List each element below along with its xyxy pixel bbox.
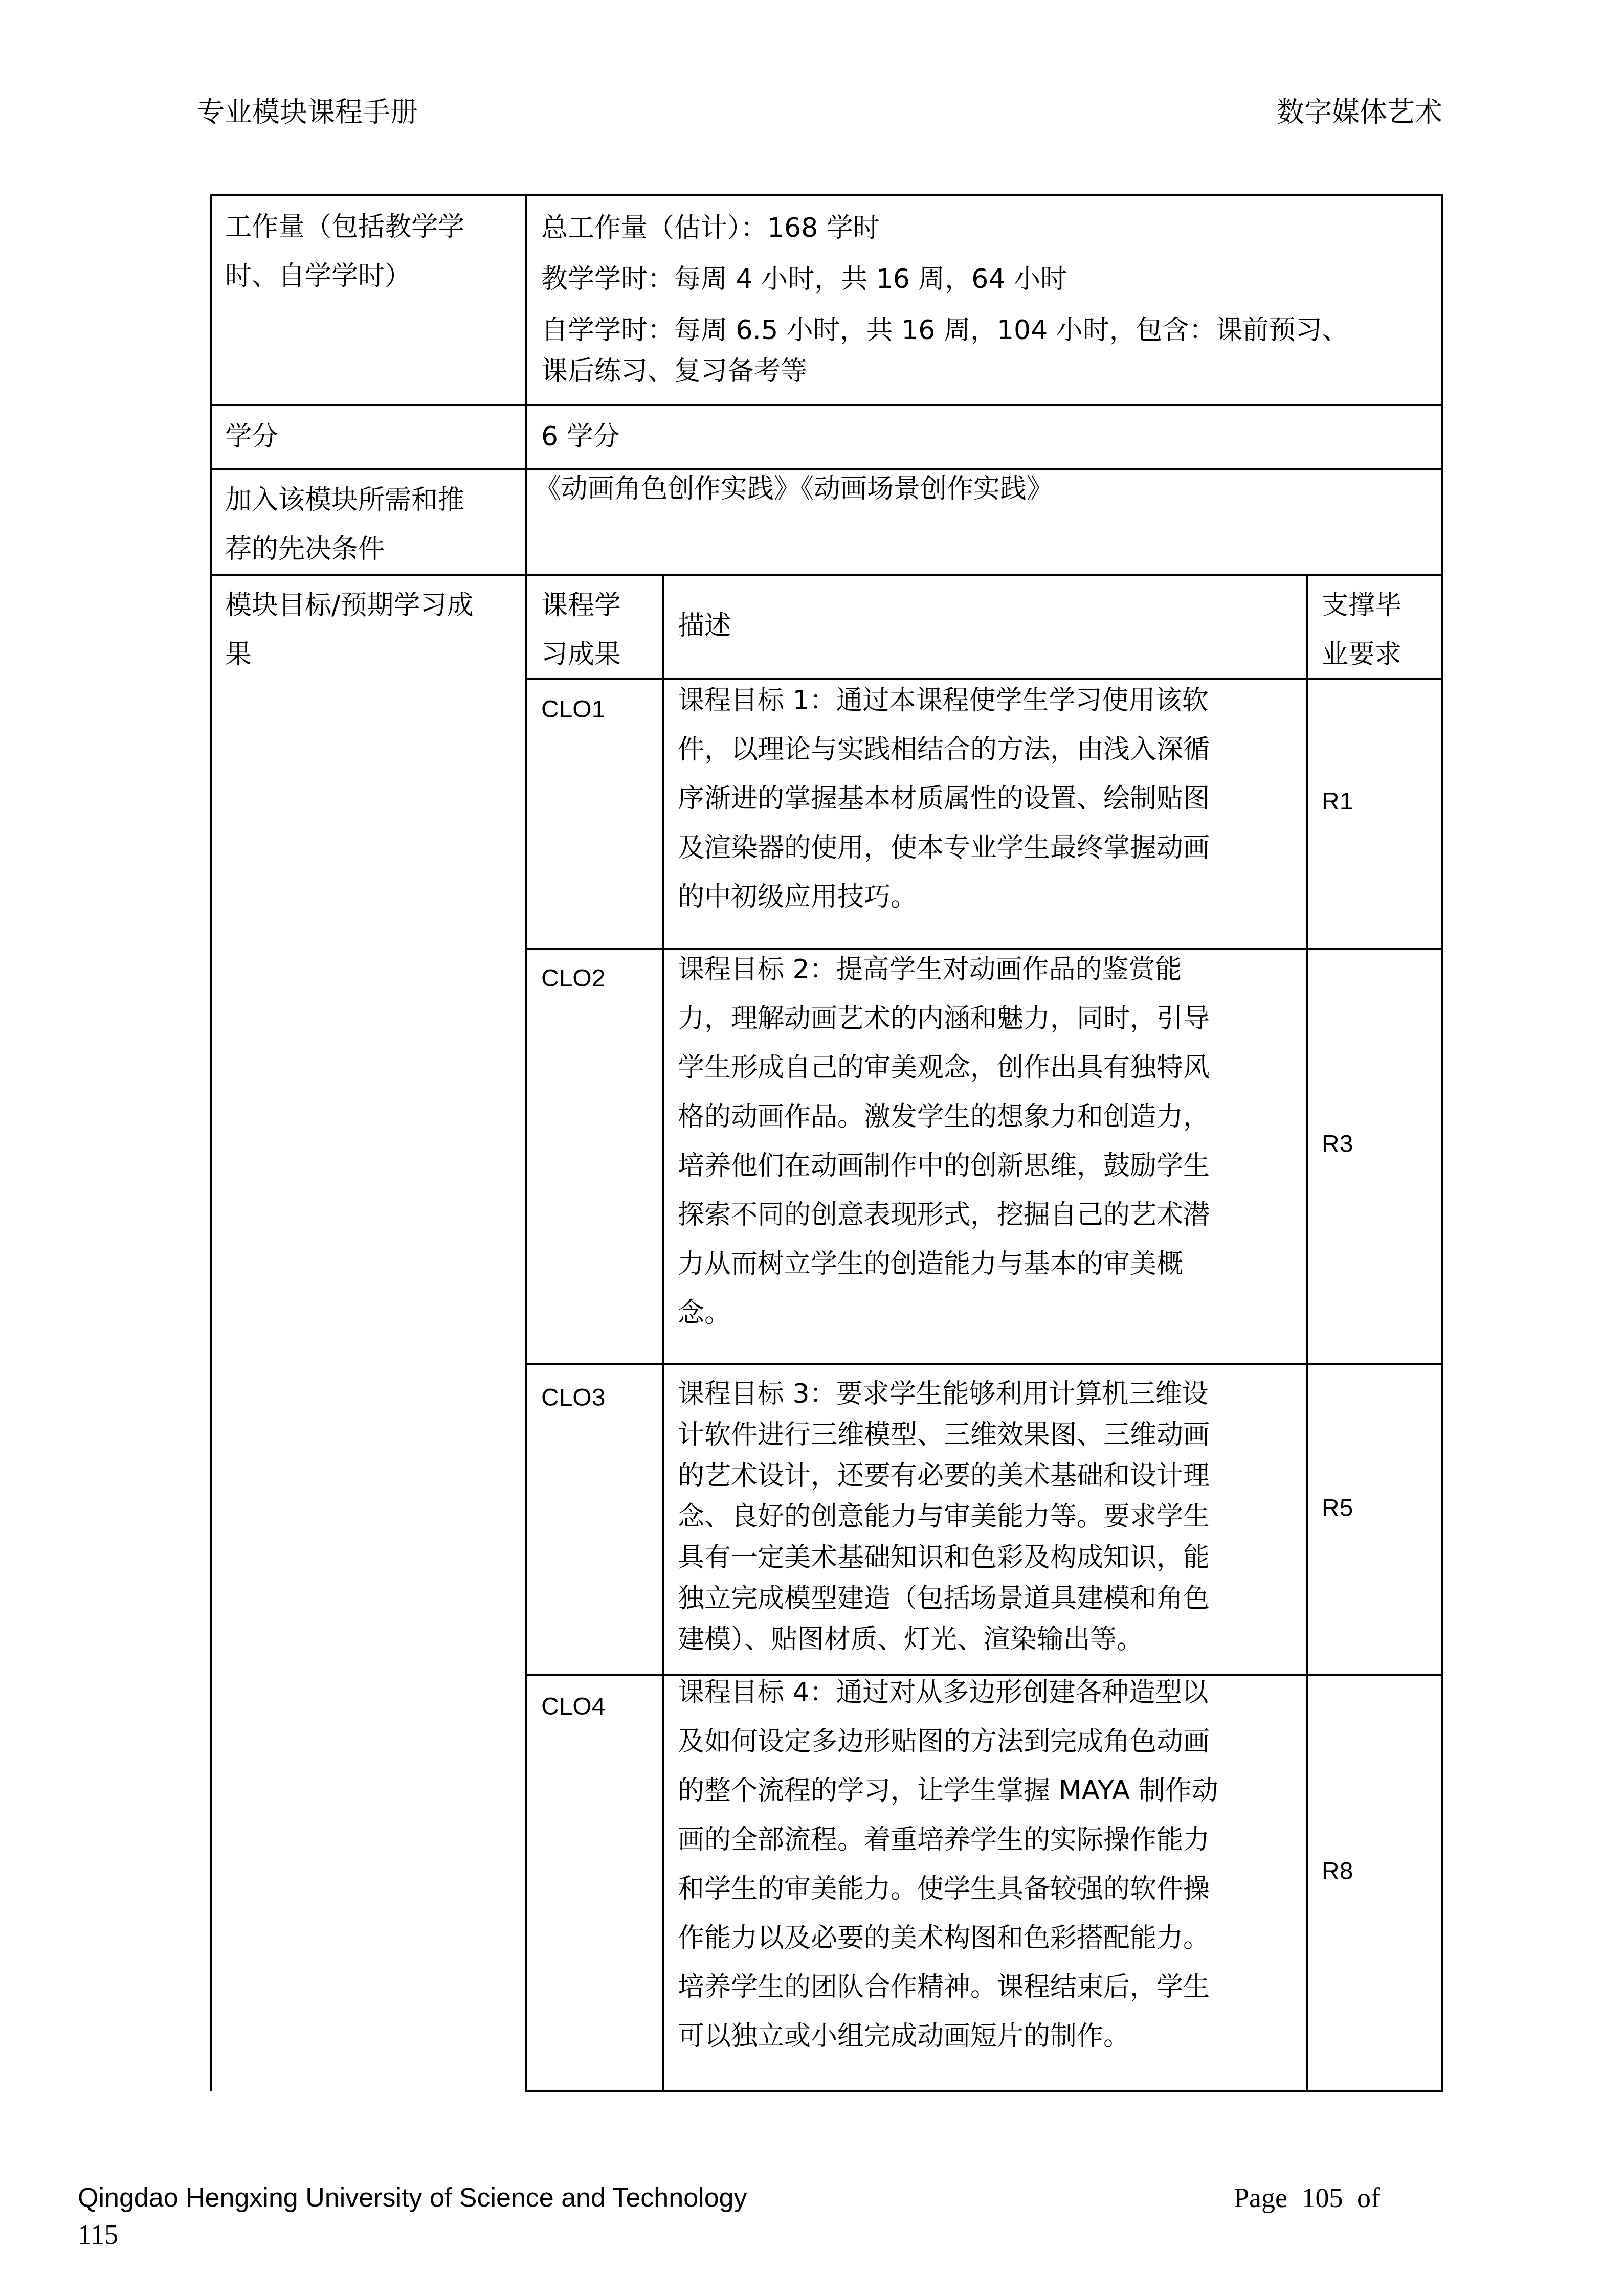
clo-requirement: R5 — [1322, 1484, 1353, 1533]
description-line: 念。 — [678, 1289, 1302, 1338]
req-header-line: 支撑毕 — [1322, 581, 1401, 630]
clo-requirement: R3 — [1322, 1120, 1353, 1169]
description-line: 独立完成模型建造（包括场景道具建模和角色 — [678, 1578, 1302, 1619]
objectives-label-line: 模块目标/预期学习成 — [225, 581, 474, 630]
table-border-left — [210, 194, 212, 2091]
description-line: 的整个流程的学习，让学生掌握 MAYA 制作动 — [678, 1766, 1302, 1815]
prerequisites-label: 加入该模块所需和推 荐的先决条件 — [225, 476, 464, 574]
workload-label-line: 时、自学学时） — [225, 252, 517, 301]
row-divider-clo3 — [525, 1363, 1443, 1365]
column-divider-clo — [662, 575, 664, 2092]
description-line: 的中初级应用技巧。 — [678, 872, 1302, 921]
description-line: 课程目标 2：提高学生对动画作品的鉴赏能 — [678, 945, 1302, 994]
description-line: 及如何设定多边形贴图的方法到完成角色动画 — [678, 1717, 1302, 1766]
description-line: 具有一定美术基础知识和色彩及构成知识，能 — [678, 1537, 1302, 1578]
footer-total-pages: 115 — [78, 2216, 118, 2253]
column-divider-req — [1306, 575, 1308, 2092]
clo-requirement: R8 — [1322, 1847, 1353, 1896]
footer-institution: Qingdao Hengxing University of Science a… — [78, 2179, 747, 2216]
running-header-program: 数字媒体艺术 — [1277, 95, 1442, 130]
description-line: 格的动画作品。激发学生的想象力和创造力， — [678, 1092, 1302, 1141]
table-border-top — [210, 194, 1443, 196]
credits-label: 学分 — [225, 412, 278, 461]
credits-value: 6 学分 — [541, 412, 620, 461]
self-study-line: 自学学时：每周 6.5 小时，共 16 周，104 小时，包含：课前预习、 — [541, 310, 1431, 351]
description-line: 的艺术设计，还要有必要的美术基础和设计理 — [678, 1455, 1302, 1496]
clo-id: CLO3 — [541, 1374, 605, 1423]
description-line: 探索不同的创意表现形式，挖掘自己的艺术潜 — [678, 1190, 1302, 1240]
workload-label: 工作量（包括教学学 时、自学学时） — [225, 202, 517, 301]
column-header-description: 描述 — [678, 601, 731, 650]
workload-total: 总工作量（估计）：168 学时 — [541, 202, 1431, 254]
column-header-requirement: 支撑毕 业要求 — [1322, 581, 1401, 679]
description-line: 和学生的审美能力。使学生具备较强的软件操 — [678, 1864, 1302, 1914]
column-divider-1 — [525, 194, 527, 2092]
clo-description: 课程目标 2：提高学生对动画作品的鉴赏能 力，理解动画艺术的内涵和魅力，同时，引… — [678, 945, 1302, 1338]
clo-header-line: 习成果 — [541, 630, 621, 679]
description-line: 课程目标 1：通过本课程使学生学习使用该软 — [678, 676, 1302, 725]
workload-label-line: 工作量（包括教学学 — [225, 202, 517, 252]
description-line: 序渐进的掌握基本材质属性的设置、绘制贴图 — [678, 774, 1302, 823]
prereq-label-line: 加入该模块所需和推 — [225, 476, 464, 525]
description-line: 培养他们在动画制作中的创新思维，鼓励学生 — [678, 1141, 1302, 1190]
clo-description: 课程目标 3：要求学生能够利用计算机三维设 计软件进行三维模型、三维效果图、三维… — [678, 1374, 1302, 1660]
description-line: 建模）、贴图材质、灯光、渲染输出等。 — [678, 1619, 1302, 1660]
description-line: 力从而树立学生的创造能力与基本的审美概 — [678, 1240, 1302, 1289]
description-line: 课程目标 4：通过对从多边形创建各种造型以 — [678, 1668, 1302, 1717]
description-line: 可以独立或小组完成动画短片的制作。 — [678, 2012, 1302, 2061]
self-study-line: 课后练习、复习备考等 — [541, 351, 1431, 392]
description-line: 力，理解动画艺术的内涵和魅力，同时，引导 — [678, 994, 1302, 1043]
description-line: 课程目标 3：要求学生能够利用计算机三维设 — [678, 1374, 1302, 1414]
prerequisites-value: 《动画角色创作实践》《动画场景创作实践》 — [535, 464, 1053, 513]
description-line: 及渲染器的使用，使本专业学生最终掌握动画 — [678, 823, 1302, 872]
workload-teaching: 教学学时：每周 4 小时，共 16 周，64 小时 — [541, 254, 1431, 305]
req-header-line: 业要求 — [1322, 630, 1401, 679]
clo-id: CLO1 — [541, 685, 605, 734]
clo-header-line: 课程学 — [541, 581, 621, 630]
clo-requirement: R1 — [1322, 777, 1353, 826]
description-line: 件，以理论与实践相结合的方法，由浅入深循 — [678, 725, 1302, 774]
clo-description: 课程目标 1：通过本课程使学生学习使用该软 件，以理论与实践相结合的方法，由浅入… — [678, 676, 1302, 921]
clo-description: 课程目标 4：通过对从多边形创建各种造型以 及如何设定多边形贴图的方法到完成角色… — [678, 1668, 1302, 2061]
table-border-bottom — [525, 2090, 1443, 2092]
column-header-clo: 课程学 习成果 — [541, 581, 621, 679]
workload-value: 总工作量（估计）：168 学时 教学学时：每周 4 小时，共 16 周，64 小… — [541, 202, 1431, 392]
running-header-title: 专业模块课程手册 — [197, 95, 418, 130]
description-line: 念、良好的创意能力与审美能力等。要求学生 — [678, 1496, 1302, 1537]
row-divider-objectives — [210, 574, 1443, 576]
footer-page-label: Page 105 of — [1234, 2179, 1380, 2216]
description-line: 培养学生的团队合作精神。课程结束后，学生 — [678, 1963, 1302, 2012]
workload-self-study: 自学学时：每周 6.5 小时，共 16 周，104 小时，包含：课前预习、 课后… — [541, 310, 1431, 392]
objectives-label-line: 果 — [225, 630, 474, 679]
description-line: 作能力以及必要的美术构图和色彩搭配能力。 — [678, 1914, 1302, 1963]
description-line: 计软件进行三维模型、三维效果图、三维动画 — [678, 1414, 1302, 1455]
table-border-right — [1441, 194, 1443, 2092]
clo-id: CLO4 — [541, 1682, 605, 1731]
prereq-label-line: 荐的先决条件 — [225, 525, 464, 574]
description-line: 学生形成自己的审美观念，创作出具有独特风 — [678, 1043, 1302, 1092]
clo-id: CLO2 — [541, 954, 605, 1003]
row-divider-credits — [210, 404, 1443, 406]
objectives-label: 模块目标/预期学习成 果 — [225, 581, 474, 679]
description-line: 画的全部流程。着重培养学生的实际操作能力 — [678, 1815, 1302, 1864]
